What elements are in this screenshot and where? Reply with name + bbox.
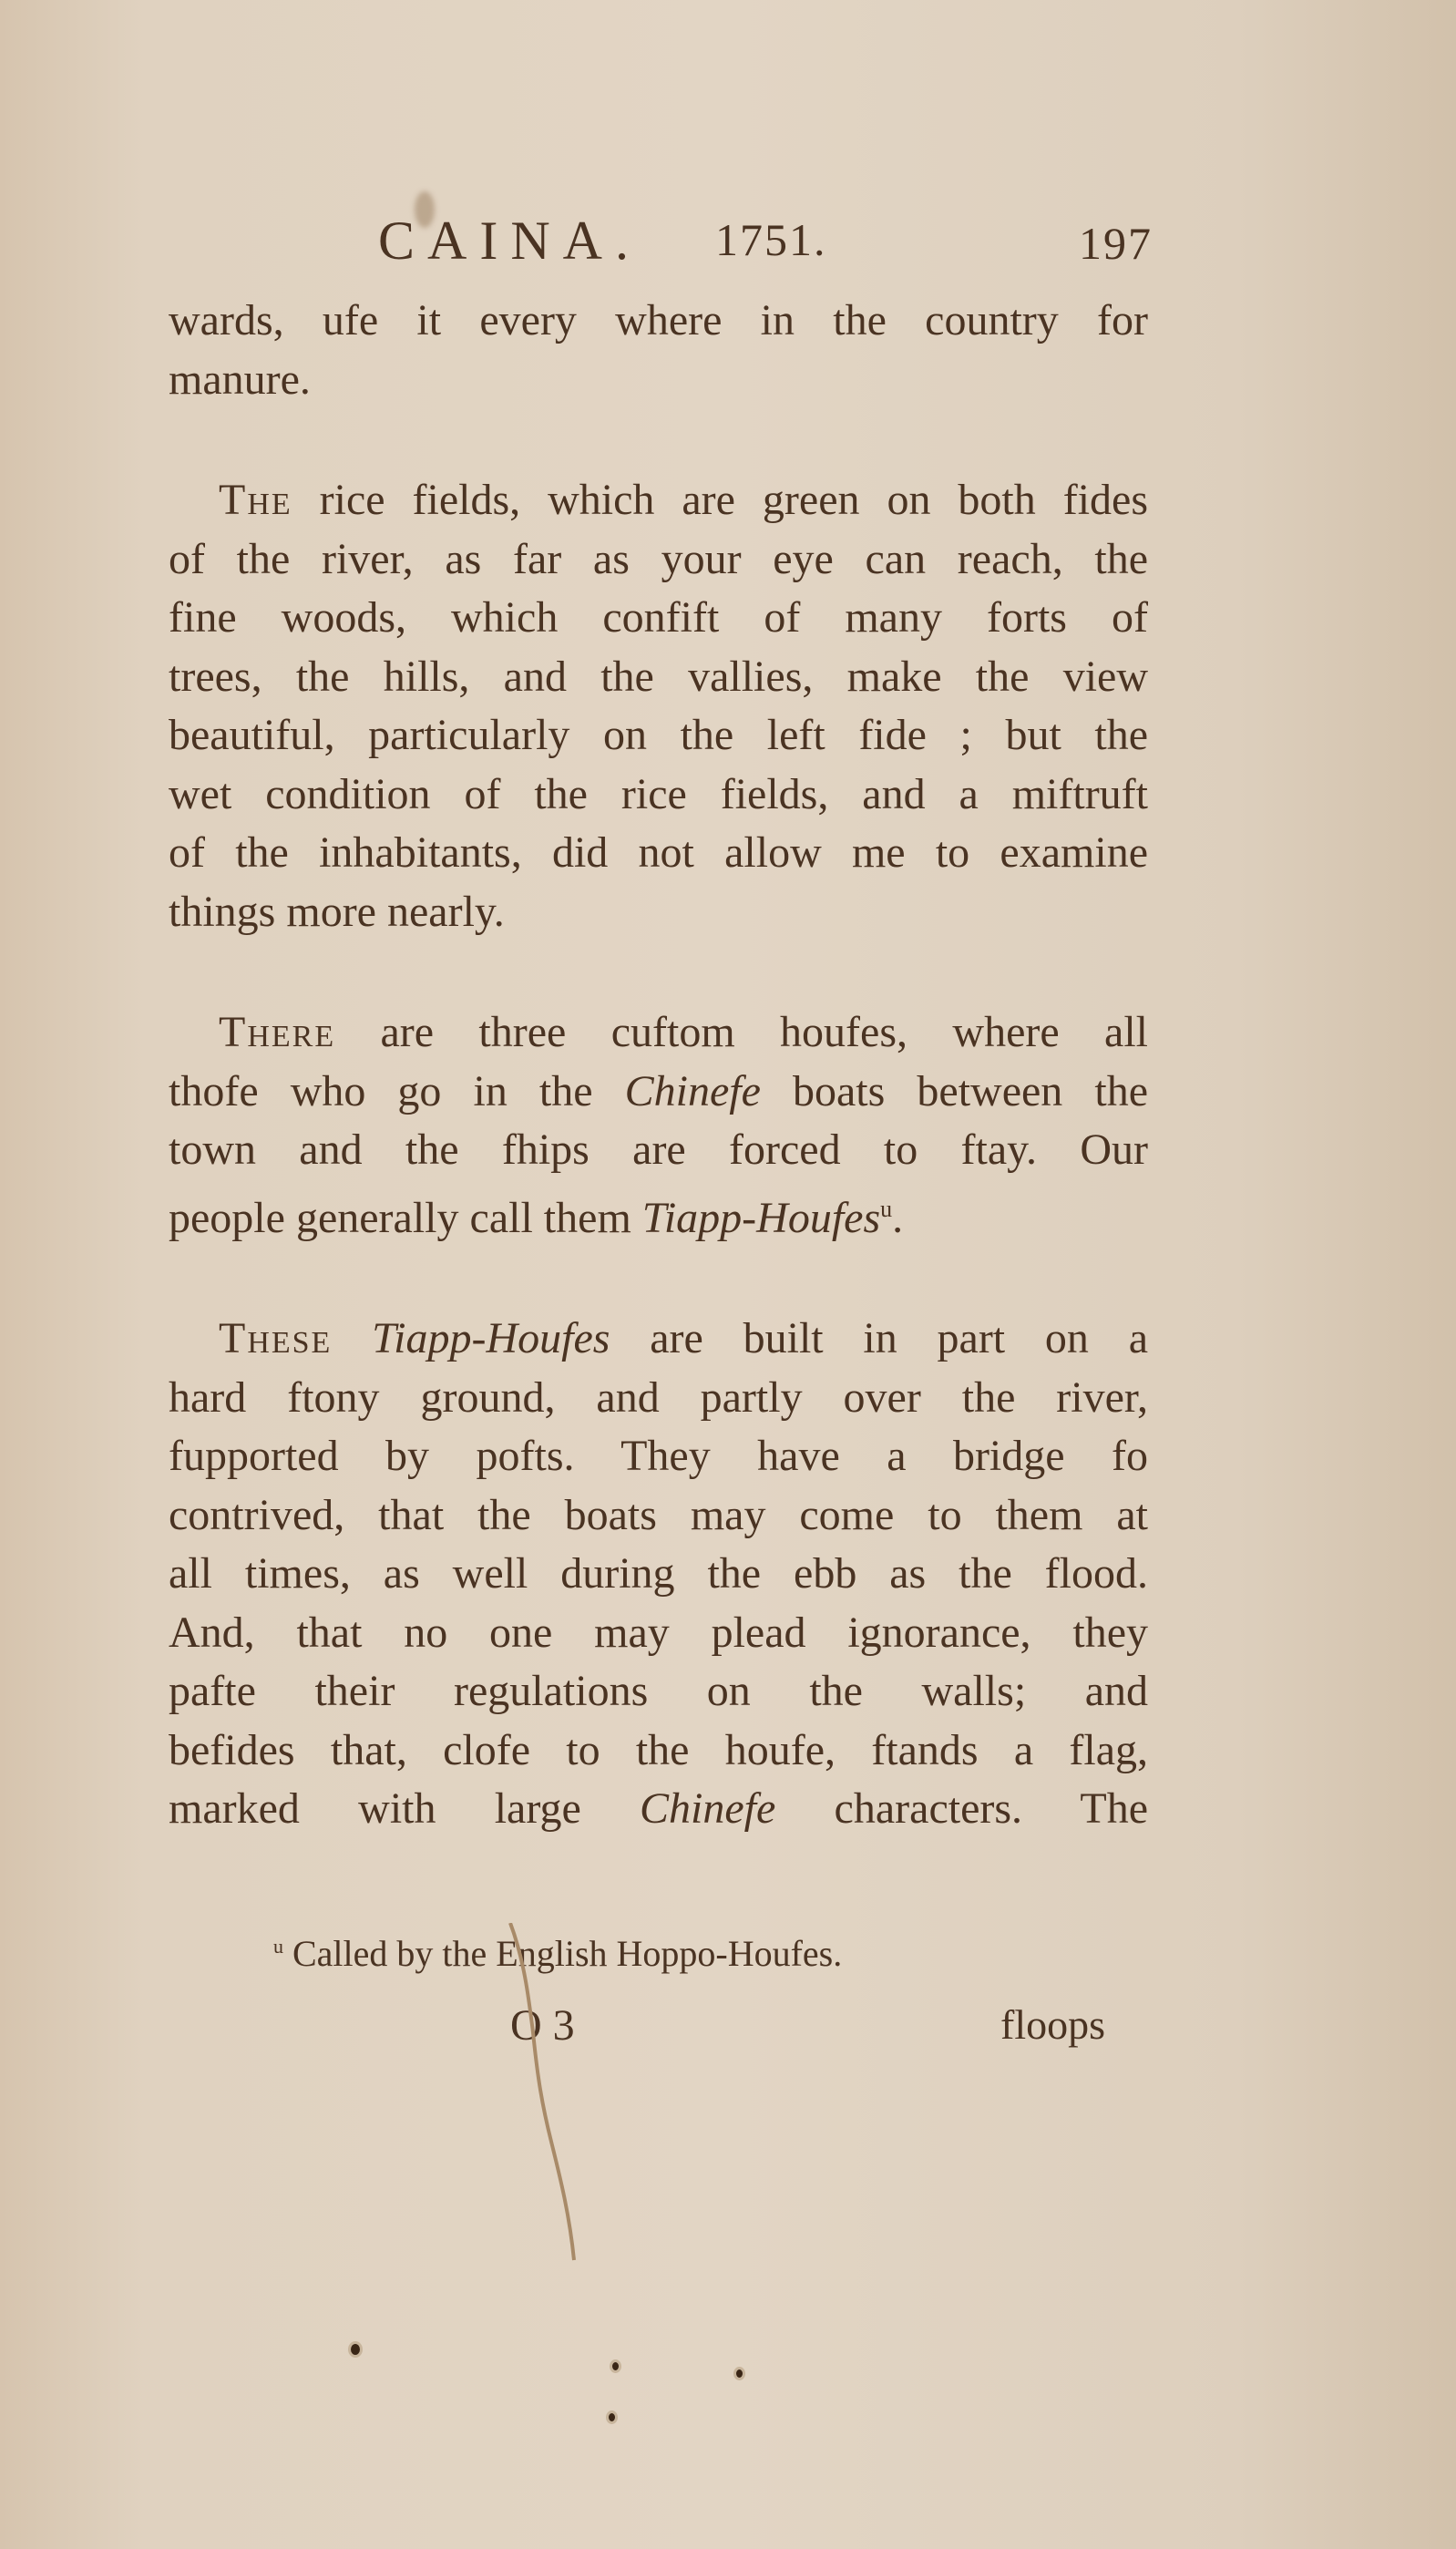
italic-term: Tiapp-Houfes [372, 1314, 610, 1362]
running-header: CAINA. 1751. 197 [360, 210, 1153, 283]
text-line: befides that, clofe to the houfe, ftands… [169, 1722, 1148, 1781]
text-line: pafte their regulations on the walls; an… [169, 1662, 1148, 1722]
italic-term: Tiapp-Houfes [642, 1194, 880, 1242]
paragraph-3: There are three cuftom houfes, where all… [169, 1003, 1148, 1248]
text-line: fupported by pofts. They have a bridge f… [169, 1427, 1148, 1486]
paragraph-lead: There [219, 1008, 335, 1056]
text-line: of the inhabitants, did not allow me to … [169, 824, 1148, 883]
body-text: wards, ufe it every where in the country… [169, 292, 1148, 1901]
paragraph-lead: These [219, 1314, 332, 1362]
wormhole [609, 2413, 615, 2421]
text-line: wet condition of the rice fields, and a … [169, 766, 1148, 825]
text-line: all times, as well during the ebb as the… [169, 1545, 1148, 1604]
paper-tear-mark [506, 1923, 588, 2269]
book-page: CAINA. 1751. 197 wards, ufe it every whe… [0, 0, 1456, 2549]
text-line: manure. [169, 351, 1148, 410]
text-line: And, that no one may plead ignorance, th… [169, 1604, 1148, 1663]
italic-term: Chinefe [640, 1784, 775, 1833]
catchword: floops [1000, 2000, 1105, 2049]
text-line: town and the fhips are forced to ftay. O… [169, 1121, 1148, 1180]
wormhole [736, 2369, 743, 2378]
header-year: 1751. [715, 213, 827, 266]
wormhole [612, 2362, 619, 2370]
text-line: people generally call them Tiapp-Houfesu… [169, 1180, 1148, 1249]
italic-term: Chinefe [625, 1067, 761, 1115]
text-line: of the river, as far as your eye can rea… [169, 530, 1148, 590]
text-line: beautiful, particularly on the left fide… [169, 706, 1148, 766]
paragraph-2: The rice fields, which are green on both… [169, 471, 1148, 941]
running-title: CAINA. [378, 210, 641, 272]
text-line: contrived, that the boats may come to th… [169, 1486, 1148, 1546]
paragraph-1: wards, ufe it every where in the country… [169, 292, 1148, 409]
footnote-mark: u [273, 1935, 283, 1958]
text-line: There are three cuftom houfes, where all [169, 1003, 1148, 1063]
text-line: trees, the hills, and the vallies, make … [169, 648, 1148, 707]
footnote-marker[interactable]: u [880, 1196, 892, 1222]
page-number: 197 [1079, 217, 1153, 270]
wormhole [351, 2344, 360, 2355]
paragraph-4: These Tiapp-Houfes are built in part on … [169, 1310, 1148, 1839]
text-line: The rice fields, which are green on both… [169, 471, 1148, 530]
text-line: These Tiapp-Houfes are built in part on … [169, 1310, 1148, 1369]
text-line: fine woods, which confift of many forts … [169, 589, 1148, 648]
text-line: wards, ufe it every where in the country… [169, 292, 1148, 351]
text-line: marked with large Chinefe characters. Th… [169, 1780, 1148, 1839]
text-line: hard ftony ground, and partly over the r… [169, 1369, 1148, 1428]
paragraph-lead: The [219, 476, 292, 524]
text-line: things more nearly. [169, 883, 1148, 942]
text-line: thofe who go in the Chinefe boats betwee… [169, 1063, 1148, 1122]
